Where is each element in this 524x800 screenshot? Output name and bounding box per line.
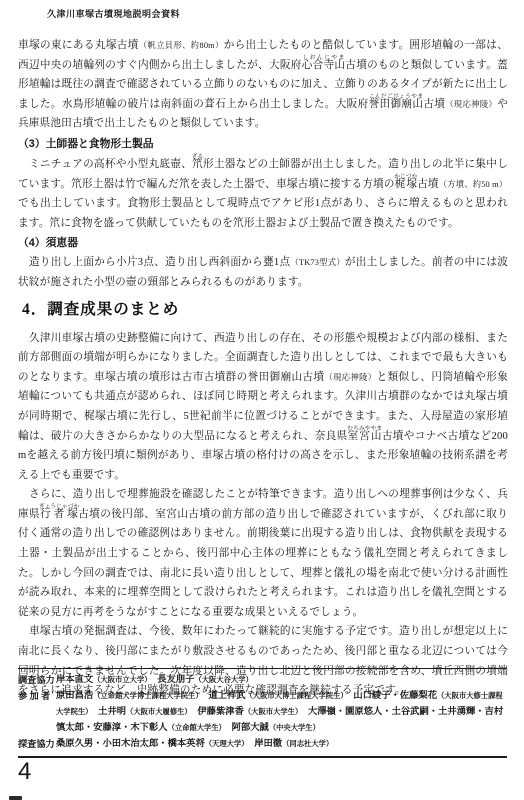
credits-text: 桑原久男・小田木治太郎・橋本英将（天理大学） 岸田徹（同志社大学） <box>56 736 507 752</box>
paragraph: 造り出し上面から小片3点、造り出し西斜面から甕1点（TK73型式）が出土しました… <box>18 253 508 292</box>
main-heading: 4．調査成果のまとめ <box>18 300 508 320</box>
scan-artifact <box>9 796 22 800</box>
credits-text: 原田昌浩（立命館大学博士課程大学院生） 道上祥武（大阪市大博士課程大学院生） 山… <box>56 688 507 736</box>
paragraph: さらに、造り出しで埋葬施設を確認したことが特筆できます。造り出しへの埋葬事例は少… <box>18 485 508 622</box>
page-number: 4 <box>18 758 31 786</box>
credits-section: 調査協力岸本直文（大阪市立大学） 長友朋子（大阪大谷大学）参 加 者原田昌浩（立… <box>18 668 507 758</box>
paren-note: （帆立貝形、約80m） <box>139 41 224 50</box>
paragraph: 車塚の東にある丸塚古墳（帆立貝形、約80m）から出土したものと酷似しています。囲… <box>18 36 508 134</box>
ruby-term: 室宮山むろみややま <box>348 431 382 442</box>
paren-note: （同志社大学） <box>282 739 333 748</box>
paragraph: ミニチュアの高杯や小型丸底壺、笊ざる形土器などの土師器が出土しました。造り出しの… <box>18 154 508 233</box>
document-page: 久津川車塚古墳現地説明会資料 車塚の東にある丸塚古墳（帆立貝形、約80m）から出… <box>0 0 524 800</box>
paren-note: （大阪市大学生） <box>244 707 299 716</box>
section-heading: （4）須恵器 <box>18 233 508 253</box>
credits-text: 岸本直文（大阪市立大学） 長友朋子（大阪大谷大学） <box>56 672 507 688</box>
credits-label: 調査協力 <box>18 672 56 688</box>
document-header: 久津川車塚古墳現地説明会資料 <box>47 7 180 20</box>
ruby-term: 誉田御廟山こんだごびょうやま <box>369 99 424 110</box>
paren-note: （大阪市立大学） <box>93 675 148 684</box>
paren-note: （大阪市大履修生） <box>126 707 188 716</box>
paren-note: （大阪市大博士課程大学院生） <box>246 691 345 700</box>
paren-note: （現応神陵） <box>324 373 376 382</box>
paren-note: （中央大学生） <box>269 723 320 732</box>
paren-note: （現応神陵） <box>445 100 497 109</box>
credits-row: 参 加 者原田昌浩（立命館大学博士課程大学院生） 道上祥武（大阪市大博士課程大学… <box>18 688 507 736</box>
section-heading: （3）土師器と食物形土製品 <box>18 134 508 154</box>
ruby-term: 笊ざる <box>192 159 203 170</box>
paren-note: （立命館大学生） <box>168 723 223 732</box>
document-body: 車塚の東にある丸塚古墳（帆立貝形、約80m）から出土したものと酷似しています。囲… <box>18 36 508 701</box>
ruby-term: 心合寺山しおんじやま <box>302 60 346 71</box>
paren-note: （天理大学） <box>205 739 245 748</box>
paren-note: （方墳、約50 m） <box>439 180 508 189</box>
credits-row: 調査協力岸本直文（大阪市立大学） 長友朋子（大阪大谷大学） <box>18 672 507 688</box>
credits-row: 探査協力桑原久男・小田木治太郎・橋本英将（天理大学） 岸田徹（同志社大学） <box>18 736 507 752</box>
paren-note: （TK73型式） <box>290 258 345 267</box>
credits-label: 探査協力 <box>18 736 56 752</box>
paren-note: （大阪大谷大学） <box>194 675 252 684</box>
paren-note: （立命館大学博士課程大学院生） <box>93 691 199 700</box>
paragraph: 久津川車塚古墳の史跡整備に向けて、西造り出しの存在、その形態や規模および内部の様… <box>18 329 508 486</box>
ruby-term: 行者塚ぎょうじゃづか <box>40 509 78 520</box>
ruby-term: 梶塚かじづか <box>395 179 417 190</box>
credits-label: 参 加 者 <box>18 688 56 704</box>
